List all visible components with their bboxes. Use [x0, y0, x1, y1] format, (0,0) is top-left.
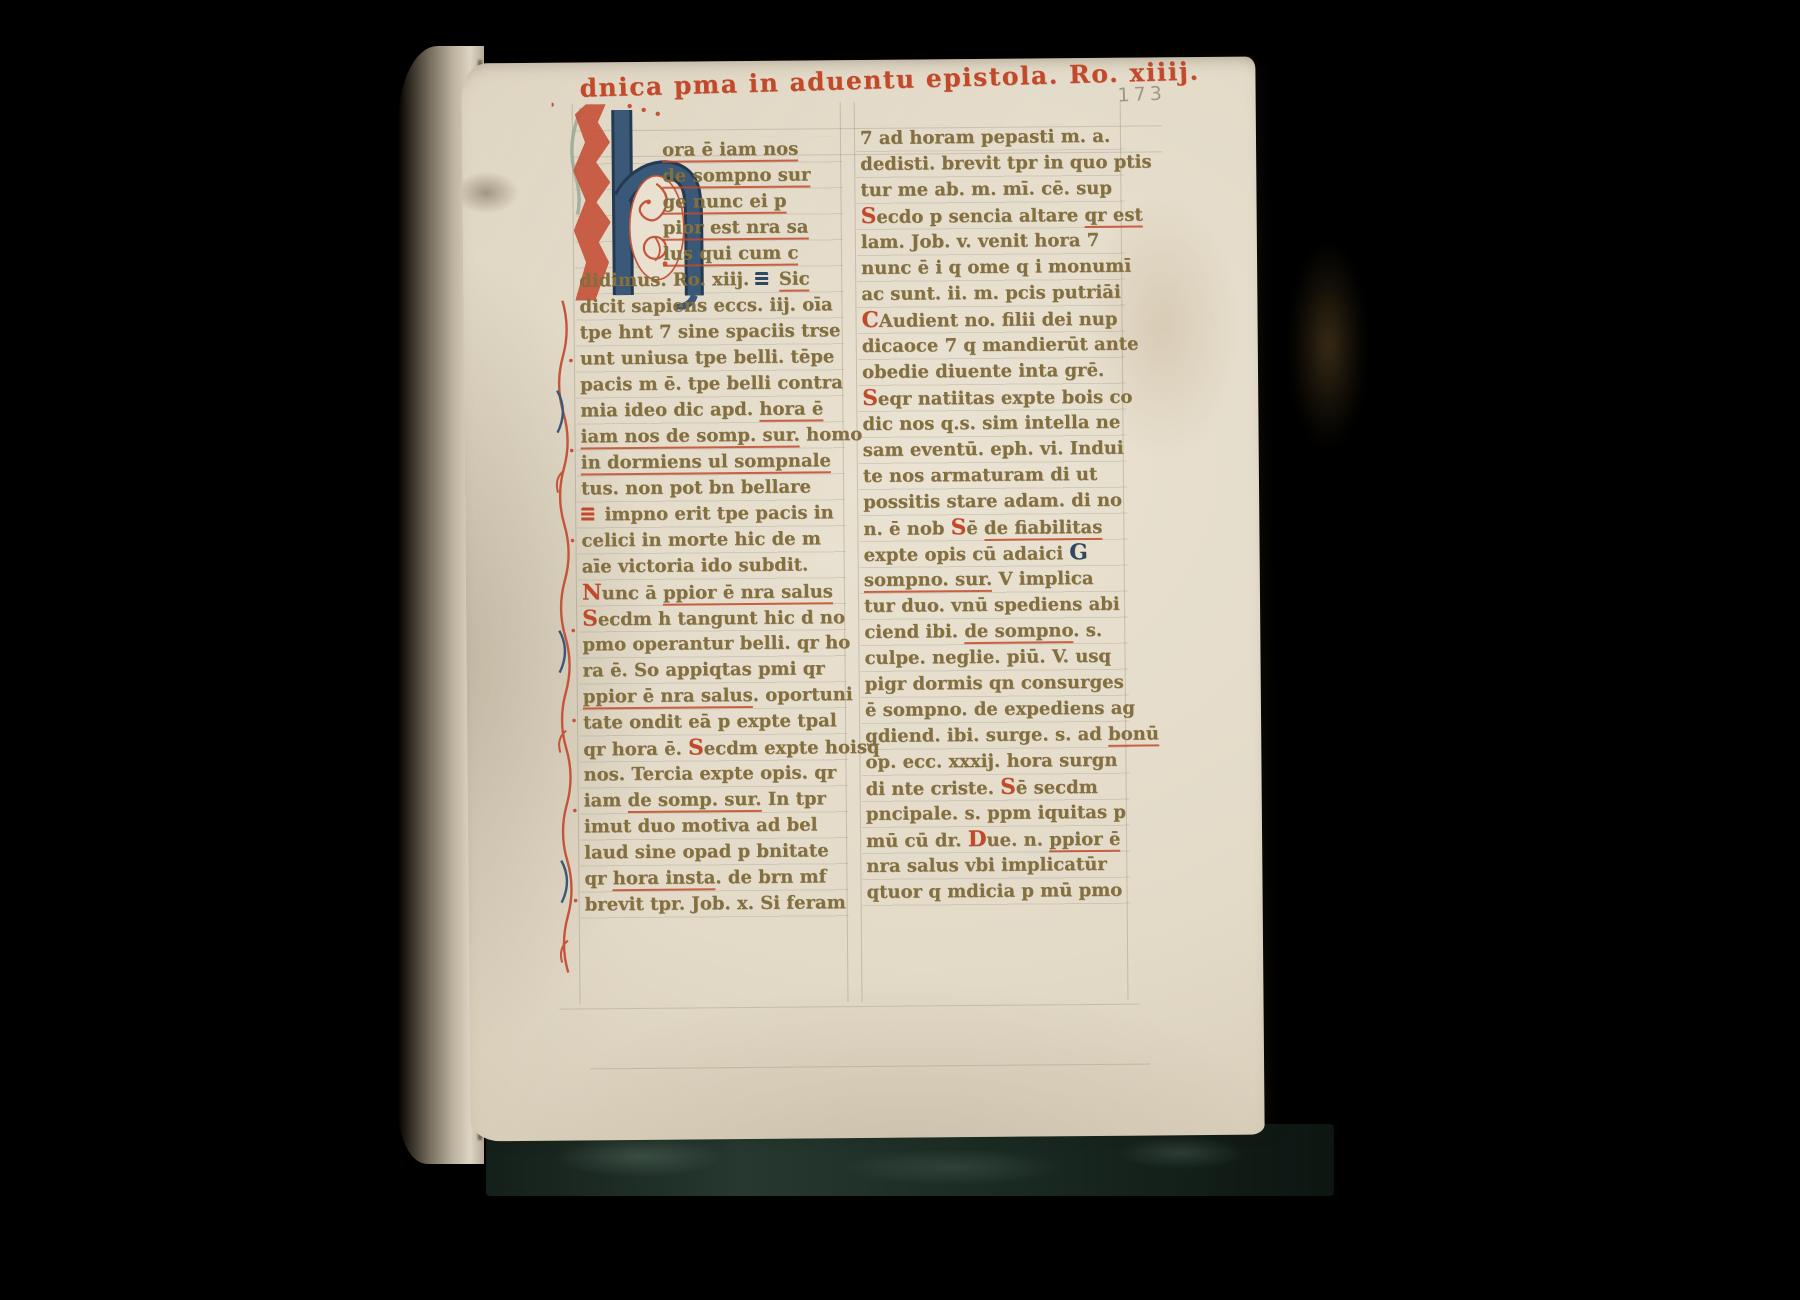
text-line: 7 ad horam pepasti m. a.	[860, 124, 1122, 152]
text-line: dedisti. brevit tpr in quo ptis	[860, 150, 1122, 178]
text-line: sam eventū. eph. vi. Indui	[863, 436, 1125, 464]
text-line: pigr dormis qn consurges	[865, 670, 1127, 698]
text-column-2: 7 ad horam pepasti m. a.dedisti. brevit …	[860, 124, 1129, 906]
text-line: obedie diuente inta grē.	[862, 358, 1124, 386]
text-line: pmo operantur belli. qr ho	[582, 630, 844, 658]
text-line: te nos armaturam di ut	[863, 462, 1125, 490]
text-line: Secdo p sencia altare qr est	[861, 202, 1123, 230]
text-line: pncipale. s. ppm iquitas p	[866, 800, 1128, 828]
text-line: iam de somp. sur. In tpr	[584, 786, 846, 814]
text-line: Secdm h tangunt hic d no	[582, 604, 844, 632]
red-initial: S	[861, 204, 877, 229]
text-line: qr hora insta. de brn mf	[584, 864, 846, 892]
text-line: Seqr natiitas expte bois co	[862, 384, 1124, 412]
text-line: ē sompno. de expediens ag	[865, 696, 1127, 724]
text-line: lam. Job. v. venit hora 7	[861, 228, 1123, 256]
text-line: brevit tpr. Job. x. Si feram	[585, 890, 847, 918]
red-initial: S	[582, 606, 598, 631]
text-line: pior est nra sa	[579, 214, 841, 242]
text-line: pacis m ē. tpe belli contra	[580, 370, 842, 398]
text-line: nunc ē i q ome q i monumī	[861, 254, 1123, 282]
text-line: sompno. sur. V implica	[864, 566, 1126, 594]
text-line: tus. non pot bn bellare	[581, 474, 843, 502]
red-initial: D	[968, 827, 987, 852]
text-line: aīe victoria ido subdit.	[582, 552, 844, 580]
text-line: qtuor q mdicia p mū pmo	[866, 878, 1128, 906]
text-line: ciend ibi. de sompno. s.	[864, 618, 1126, 646]
penwork-border	[549, 300, 581, 976]
page-rubric: dnica pma in aduentu epistola. Ro. xiiij…	[579, 58, 1140, 103]
text-line: dicit sapiens eccs. iij. oīa	[579, 292, 841, 320]
text-line: dic nos q.s. sim intella ne	[862, 410, 1124, 438]
text-column-1: ora ē iam nosde sompno surge nunc ei ppi…	[578, 136, 847, 918]
text-line: imut duo motiva ad bel	[584, 812, 846, 840]
text-line: ora ē iam nos	[578, 136, 840, 164]
text-line: mia ideo dic apd. hora ē	[580, 396, 842, 424]
red-paraph-mark	[581, 507, 594, 521]
text-line: lus qui cum c	[579, 240, 841, 268]
red-initial: S	[862, 386, 878, 411]
text-line: ac sunt. ii. m. pcis putriāi	[861, 280, 1123, 308]
red-initial: S	[951, 515, 967, 540]
text-line: di nte criste. Sē secdm	[866, 774, 1128, 802]
blue-paraph-mark	[755, 272, 768, 286]
text-line: laud sine opad p bnitate	[584, 838, 846, 866]
ruling-horizontal-3	[560, 1004, 1140, 1010]
text-line: mū cū dr. Due. n. ppior ē	[866, 826, 1128, 854]
fore-edge-stain	[1288, 240, 1368, 450]
text-line: possitis stare adam. di no	[863, 488, 1125, 516]
text-line: unt uniusa tpe belli. tēpe	[580, 344, 842, 372]
text-line: gdiend. ibi. surge. s. ad bonū	[865, 722, 1127, 750]
red-initial: C	[861, 308, 878, 333]
text-line: ge nunc ei p	[578, 188, 840, 216]
text-line: didimus. Ro. xiij. Sic	[579, 266, 841, 294]
blue-initial: G	[1069, 540, 1088, 565]
red-initial: S	[1000, 775, 1016, 800]
text-line: tur duo. vnū spediens abi	[864, 592, 1126, 620]
text-line: tur me ab. m. mī. cē. sup	[860, 176, 1122, 204]
fore-edge-page-stack	[1248, 58, 1398, 1236]
text-line: n. ē nob Sē de fiabilitas	[863, 514, 1125, 542]
folio-number: 173	[1117, 83, 1166, 107]
text-line: tpe hnt 7 sine spaciis trse	[580, 318, 842, 346]
text-line: impno erit tpe pacis in	[581, 500, 843, 528]
text-line: Nunc ā ppior ē nra salus	[582, 578, 844, 606]
ruling-horizontal-4	[590, 1064, 1150, 1070]
text-line: CAudient no. filii dei nup	[861, 306, 1123, 334]
text-line: culpe. neglie. piū. V. usq	[864, 644, 1126, 672]
text-line: ppior ē nra salus. oportuni	[583, 682, 845, 710]
text-line: nra salus vbi implicatūr	[866, 852, 1128, 880]
red-initial: N	[582, 580, 602, 605]
text-line: celici in morte hic de m	[581, 526, 843, 554]
text-line: iam nos de somp. sur. homo	[580, 422, 842, 450]
text-line: de sompno sur	[578, 162, 840, 190]
text-line: op. ecc. xxxij. hora surgn	[865, 748, 1127, 776]
text-line: expte opis cū adaici G	[864, 540, 1126, 568]
text-line: tate ondit eā p expte tpal	[583, 708, 845, 736]
photo-frame: dnica pma in aduentu epistola. Ro. xiiij…	[0, 0, 1800, 1300]
text-line: ra ē. So appiqtas pmi qr	[583, 656, 845, 684]
red-initial: S	[688, 735, 704, 760]
text-line: qr hora ē. Secdm expte hoisq	[583, 734, 845, 762]
text-line: in dormiens ul sompnale	[581, 448, 843, 476]
text-line: nos. Tercia expte opis. qr	[583, 760, 845, 788]
text-line: dicaoce 7 q mandierūt ante	[862, 332, 1124, 360]
manuscript-page: dnica pma in aduentu epistola. Ro. xiiij…	[461, 57, 1264, 1142]
